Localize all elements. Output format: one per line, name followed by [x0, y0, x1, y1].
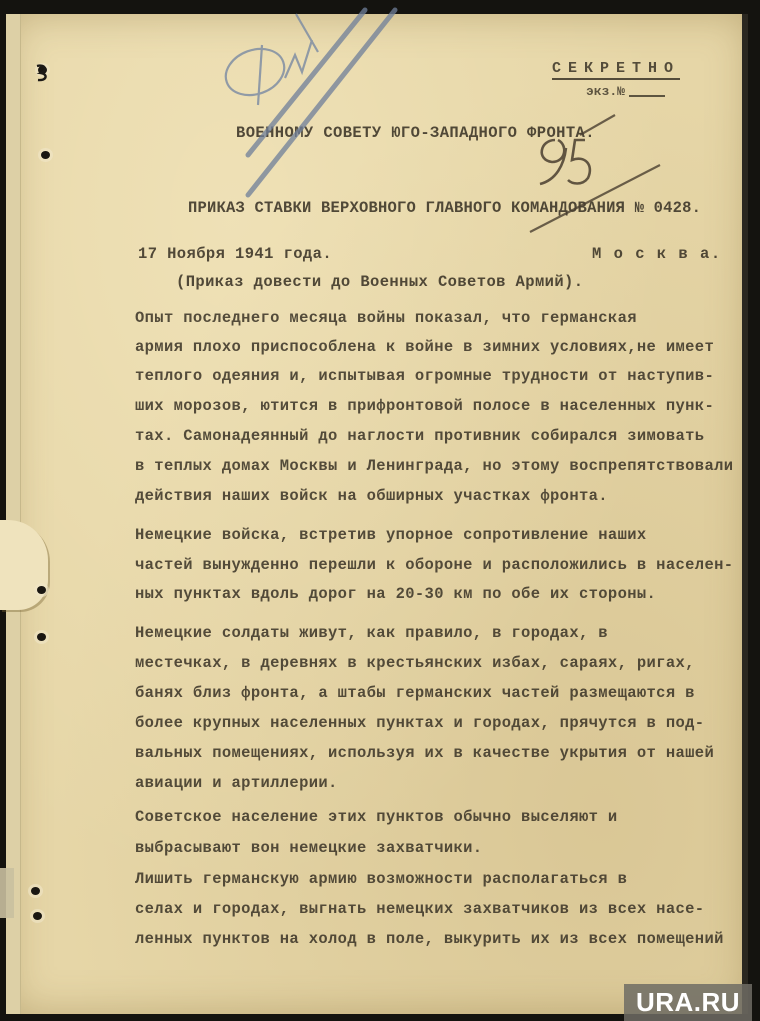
- punch-hole: [31, 887, 40, 895]
- punch-hole: [37, 633, 46, 641]
- body-line: частей вынужденно перешли к обороне и ра…: [135, 556, 733, 574]
- body-line: вальных помещениях, используя их в качес…: [135, 744, 714, 762]
- body-line: армия плохо приспособлена к войне в зимн…: [135, 338, 714, 356]
- body-line: Советское население этих пунктов обычно …: [135, 808, 618, 826]
- body-line: действия наших войск на обширных участка…: [135, 487, 608, 505]
- page-edge-shadow: [742, 14, 748, 1014]
- body-line: Лишить германскую армию возможности расп…: [135, 870, 627, 888]
- tape-strip: [0, 868, 14, 918]
- copy-number: экз.№: [586, 84, 665, 99]
- punch-hole: [38, 66, 47, 74]
- body-line: более крупных населенных пунктах и город…: [135, 714, 704, 732]
- body-line: авиации и артиллерии.: [135, 774, 338, 792]
- body-line: Немецкие войска, встретив упорное сопрот…: [135, 526, 647, 544]
- body-line: тах. Самонадеянный до наглости противник…: [135, 427, 704, 445]
- body-line: ных пунктах вдоль дорог на 20-30 км по о…: [135, 585, 656, 603]
- punch-hole: [33, 912, 42, 920]
- order-title: ПРИКАЗ СТАВКИ ВЕРХОВНОГО ГЛАВНОГО КОМАНД…: [188, 199, 701, 217]
- body-line: местечках, в деревнях в крестьянских изб…: [135, 654, 695, 672]
- body-line: ших морозов, ютится в прифронтовой полос…: [135, 397, 714, 415]
- punch-hole: [41, 151, 50, 159]
- addressee: ВОЕННОМУ СОВЕТУ ЮГО-ЗАПАДНОГО ФРОНТА.: [236, 124, 595, 142]
- punch-hole: [37, 586, 46, 594]
- body-line: ленных пунктов на холод в поле, выкурить…: [135, 930, 724, 948]
- order-date: 17 Ноября 1941 года.: [138, 245, 332, 263]
- order-place: М о с к в а.: [592, 245, 722, 263]
- body-line: Немецкие солдаты живут, как правило, в г…: [135, 624, 608, 642]
- distribution-note: (Приказ довести до Военных Советов Армий…: [176, 273, 583, 291]
- copy-blank: [629, 95, 665, 97]
- document-page: [10, 14, 748, 1014]
- classification-stamp: СЕКРЕТНО: [552, 60, 680, 80]
- body-line: селах и городах, выгнать немецких захват…: [135, 900, 704, 918]
- body-line: теплого одеяния и, испытывая огромные тр…: [135, 367, 714, 385]
- body-line: Опыт последнего месяца войны показал, чт…: [135, 309, 637, 327]
- copy-label: экз.№: [586, 84, 625, 99]
- body-line: в теплых домах Москвы и Ленинграда, но э…: [135, 457, 733, 475]
- body-line: выбрасывают вон немецкие захватчики.: [135, 839, 482, 857]
- ura-ru-watermark: URA.RU: [624, 984, 752, 1021]
- body-line: банях близ фронта, а штабы германских ча…: [135, 684, 695, 702]
